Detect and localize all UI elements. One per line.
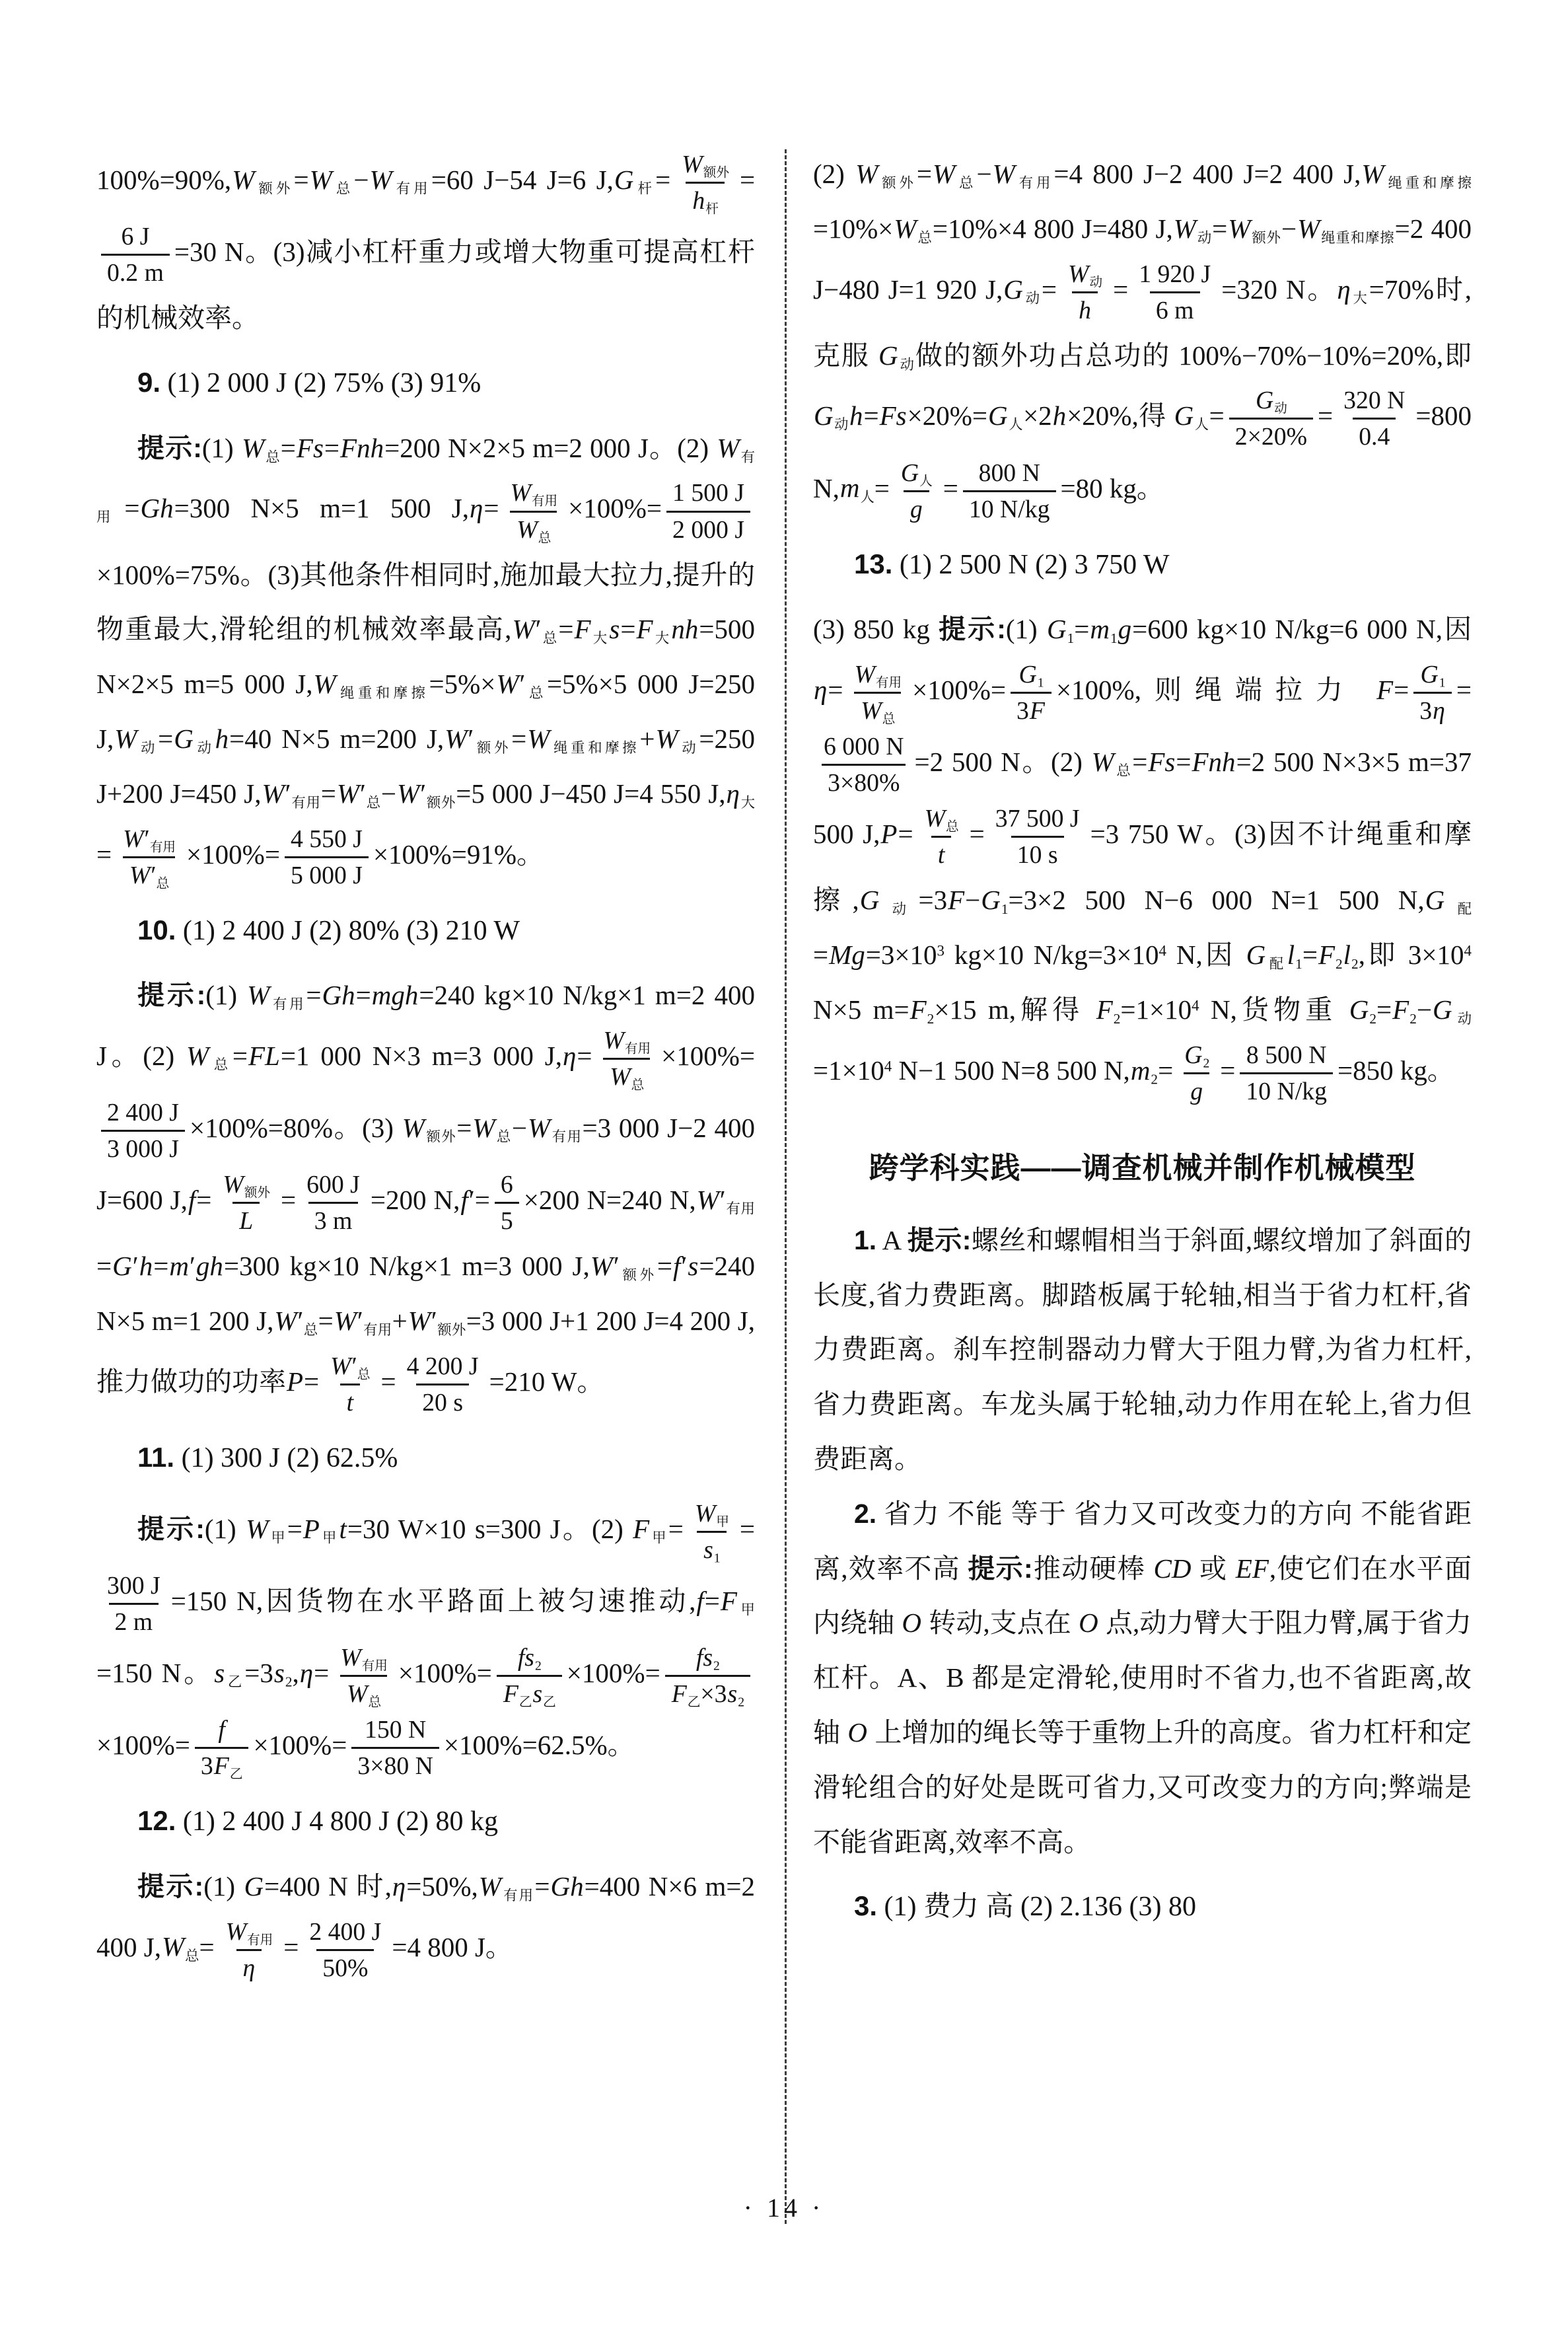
hint-paragraph: 2. 省力 不能 等于 省力又可改变力的方向 不能省距离,效率不高 提示:推动硬… xyxy=(813,1487,1472,1870)
fraction: 150 N3×80 N xyxy=(351,1715,439,1781)
answer-line: 13. (1) 2 500 N (2) 3 750 W xyxy=(813,538,1472,592)
left-column: 100%=90%,W额外=W总−W有用=60 J−54 J=6 J,G杆=W额外… xyxy=(96,147,755,1986)
solution-paragraph: (2) W额外=W总−W有用=4 800 J−2 400 J=2 400 J,W… xyxy=(813,147,1472,527)
fraction: W额外h杆 xyxy=(675,149,735,216)
hint-paragraph: 提示:(1) W有用=Gh=mgh=240 kg×10 N/kg×1 m=2 4… xyxy=(96,968,755,1421)
fraction: f3F乙 xyxy=(195,1715,249,1781)
fraction: W动h xyxy=(1061,259,1108,326)
answer-line: 3. (1) 费力 高 (2) 2.136 (3) 80 xyxy=(813,1880,1472,1934)
fraction: G动2×20% xyxy=(1229,385,1313,452)
page-content: 100%=90%,W额外=W总−W有用=60 J−54 J=6 J,G杆=W额外… xyxy=(96,147,1472,1986)
fraction: G人g xyxy=(894,458,939,525)
fraction: 2 400 J3 000 J xyxy=(101,1097,185,1164)
fraction: 800 N10 N/kg xyxy=(963,458,1056,525)
fraction: W有用W总 xyxy=(334,1642,394,1709)
fraction: fs2F乙×3s2 xyxy=(665,1642,750,1709)
fraction: 2 400 J50% xyxy=(303,1917,387,1983)
fraction: W有用W总 xyxy=(503,478,563,544)
fraction: fs2F乙s乙 xyxy=(497,1642,562,1709)
fraction: G13F xyxy=(1011,659,1051,726)
answer-line: 11. (1) 300 J (2) 62.5% xyxy=(96,1431,755,1485)
fraction: 1 920 J6 m xyxy=(1133,259,1217,326)
fraction: W有用η xyxy=(219,1917,279,1983)
fraction: 4 550 J5 000 J xyxy=(285,824,369,891)
answer-key-page: 100%=90%,W额外=W总−W有用=60 J−54 J=6 J,G杆=W额外… xyxy=(0,0,1568,2325)
fraction: W有用W总 xyxy=(847,659,908,726)
fraction: G13η xyxy=(1413,659,1452,726)
column-divider-dashed-line xyxy=(785,149,787,2224)
page-number: · 14 · xyxy=(0,2192,1568,2223)
fraction: 320 N0.4 xyxy=(1337,385,1411,452)
hint-paragraph: 1. A 提示:螺丝和螺帽相当于斜面,螺纹增加了斜面的长度,省力费距离。脚踏板属… xyxy=(813,1213,1472,1487)
fraction: 300 J2 m xyxy=(101,1570,166,1637)
answer-line: 12. (1) 2 400 J 4 800 J (2) 80 kg xyxy=(96,1794,755,1849)
solution-paragraph: 100%=90%,W额外=W总−W有用=60 J−54 J=6 J,G杆=W额外… xyxy=(96,147,755,346)
hint-paragraph: 提示:(1) W甲=P甲t=30 W×10 s=300 J。(2) F甲=W甲s… xyxy=(96,1496,755,1784)
fraction: 4 200 J20 s xyxy=(401,1351,485,1418)
fraction: 65 xyxy=(495,1169,519,1236)
hint-paragraph: 提示:(1) G=400 N 时,η=50%,W有用=Gh=400 N×6 m=… xyxy=(96,1859,755,1986)
fraction: W甲s1 xyxy=(688,1498,735,1565)
fraction: 37 500 J10 s xyxy=(989,803,1086,870)
answer-line: 9. (1) 2 000 J (2) 75% (3) 91% xyxy=(96,356,755,410)
fraction: 1 500 J2 000 J xyxy=(666,478,750,544)
section-heading: 跨学科实践——调查机械并制作机械模型 xyxy=(813,1144,1472,1187)
fraction: W总t xyxy=(918,803,965,870)
fraction: 8 500 N10 N/kg xyxy=(1240,1040,1333,1107)
answer-line: 10. (1) 2 400 J (2) 80% (3) 210 W xyxy=(96,904,755,958)
fraction: W有用W总 xyxy=(596,1025,657,1092)
solution-paragraph: (3) 850 kg 提示:(1) G1=m1g=600 kg×10 N/kg=… xyxy=(813,602,1472,1109)
right-column: (2) W额外=W总−W有用=4 800 J−2 400 J=2 400 J,W… xyxy=(813,147,1472,1944)
fraction: G2g xyxy=(1178,1040,1215,1107)
fraction: 6 J0.2 m xyxy=(101,221,170,288)
hint-paragraph: 提示:(1) W总=Fs=Fnh=200 N×2×5 m=2 000 J。(2)… xyxy=(96,421,755,893)
fraction: 600 J3 m xyxy=(301,1169,366,1236)
fraction: 6 000 N3×80% xyxy=(818,731,910,798)
fraction: W′总t xyxy=(324,1351,376,1418)
fraction: W额外L xyxy=(216,1169,276,1236)
fraction: W′有用W′总 xyxy=(116,824,182,891)
